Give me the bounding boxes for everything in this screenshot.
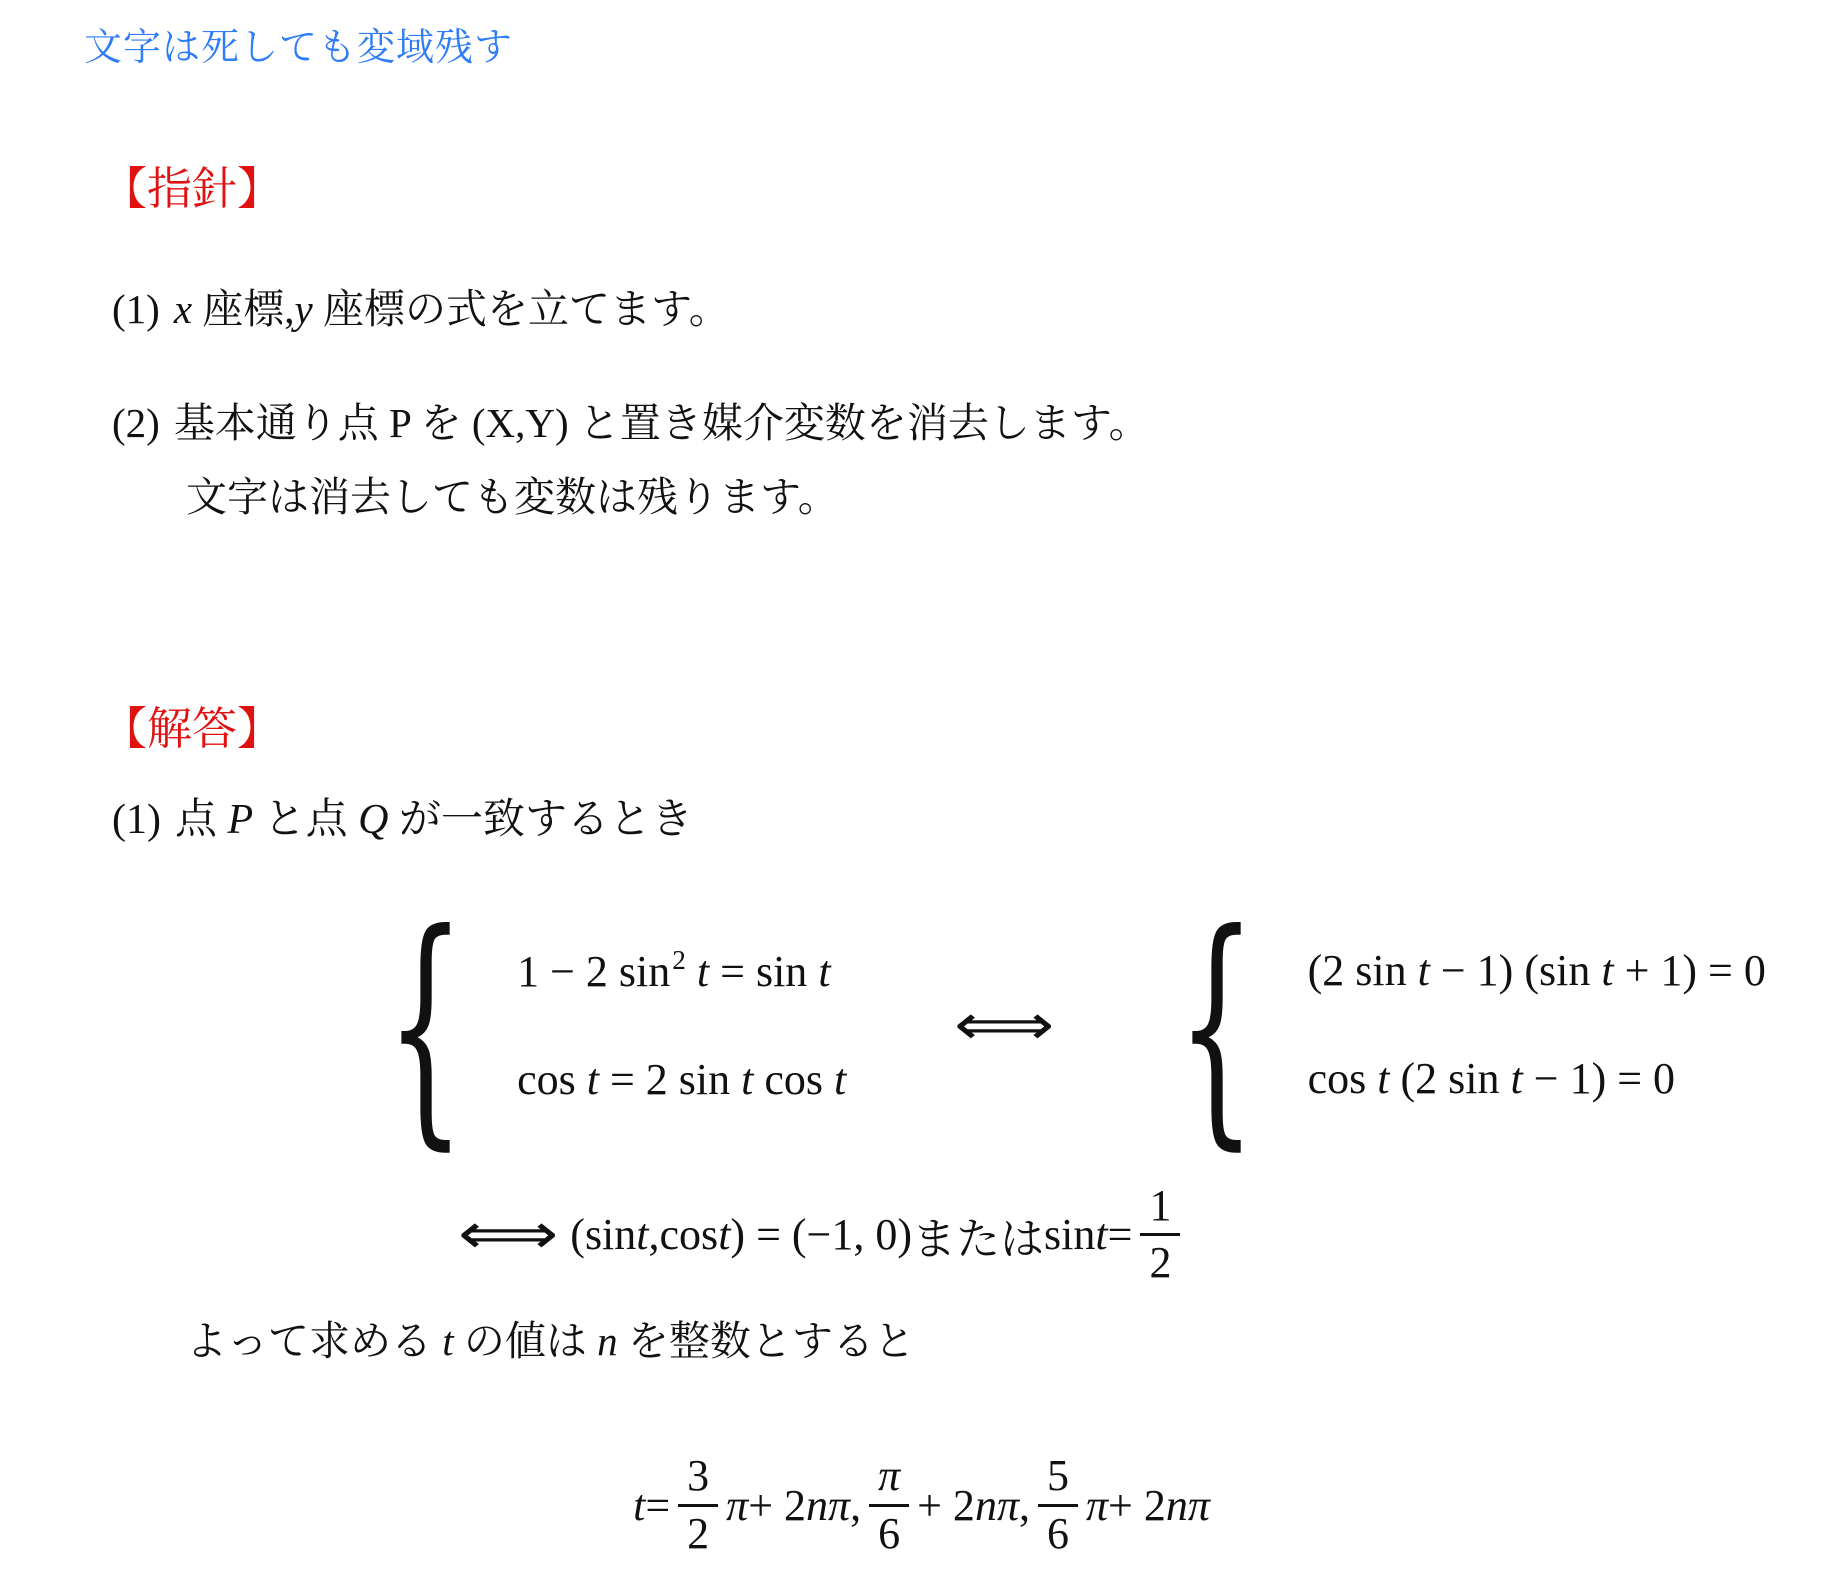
math-text: 1 − 2 bbox=[517, 947, 619, 996]
math-text: = bbox=[1108, 1209, 1133, 1260]
math-fn-sin: sin bbox=[1355, 946, 1406, 995]
equation-line: cos t (2 sin t − 1) = 0 bbox=[1308, 1053, 1766, 1106]
fraction-numerator: 1 bbox=[1140, 1183, 1180, 1236]
fraction-denominator: 2 bbox=[678, 1507, 718, 1557]
item-text: よって求める bbox=[186, 1318, 442, 1364]
math-n-pi: nπ bbox=[806, 1480, 850, 1531]
equation-system-row: { 1 − 2 sin2 t = sin t cos t = 2 sin t c… bbox=[346, 908, 1766, 1143]
item-text: が一致するとき bbox=[389, 797, 694, 843]
item-text: 点 bbox=[175, 797, 228, 843]
guideline-item-2: (2)基本通り点 P を (X,Y) と置き媒介変数を消去します。 bbox=[112, 390, 1150, 449]
math-var-t: t bbox=[730, 1055, 764, 1104]
math-fn-cos: cos bbox=[660, 1209, 719, 1260]
math-var-t: t bbox=[1500, 1054, 1534, 1103]
fraction-three-halves: 32 bbox=[678, 1453, 718, 1556]
item-number: (1) bbox=[112, 286, 160, 332]
math-var-t: t bbox=[1590, 946, 1624, 995]
fraction-denominator: 6 bbox=[1038, 1507, 1078, 1557]
item-text: と点 bbox=[253, 797, 358, 843]
guideline-item-1: (1)x 座標,y 座標の式を立てます。 bbox=[112, 276, 730, 335]
math-fn-sin: sin bbox=[585, 1209, 636, 1260]
item-text: 座標の式を立てます。 bbox=[313, 286, 730, 332]
iff-arrow: ⟺ bbox=[954, 993, 1054, 1058]
math-fn-sin: sin bbox=[756, 947, 807, 996]
answer-item-1: (1)点 P と点 Q が一致するとき bbox=[112, 786, 693, 846]
math-var-t: t bbox=[686, 947, 709, 996]
fraction-numerator: 3 bbox=[678, 1453, 718, 1506]
equation-line: cos t = 2 sin t cos t bbox=[517, 1054, 846, 1107]
fraction-denominator: 2 bbox=[1140, 1236, 1180, 1286]
item-number: (1) bbox=[112, 797, 161, 843]
math-var-P: P bbox=[228, 797, 254, 843]
math-fn-sin: sin bbox=[1044, 1209, 1095, 1260]
page-title-link[interactable]: 文字は死しても変域残す bbox=[84, 16, 513, 71]
math-var-y: y bbox=[295, 286, 313, 332]
math-pi: π bbox=[726, 1480, 748, 1531]
math-fn-sin: sin bbox=[1448, 1054, 1499, 1103]
left-brace: { bbox=[386, 908, 466, 1143]
math-comma: , bbox=[850, 1480, 861, 1531]
fraction-denominator: 6 bbox=[869, 1507, 909, 1557]
equation-line: 1 − 2 sin2 t = sin t bbox=[517, 944, 846, 999]
math-text: = bbox=[645, 1480, 670, 1531]
math-fn-sin: sin bbox=[1539, 946, 1590, 995]
math-fn-cos: cos bbox=[517, 1055, 576, 1104]
math-text: − 1) ( bbox=[1441, 946, 1539, 995]
math-text: = bbox=[709, 947, 756, 996]
fraction-one-half: 12 bbox=[1140, 1183, 1180, 1286]
equation-line: (2 sin t − 1) (sin t + 1) = 0 bbox=[1308, 945, 1766, 998]
math-n-pi: nπ bbox=[1166, 1480, 1210, 1531]
math-text: + 2 bbox=[1108, 1480, 1166, 1531]
math-pi: π bbox=[1086, 1480, 1108, 1531]
math-var-t: t bbox=[1366, 1054, 1400, 1103]
math-comma: , bbox=[1019, 1480, 1030, 1531]
math-var-t: t bbox=[823, 1055, 846, 1104]
math-text: − 1) = 0 bbox=[1534, 1054, 1675, 1103]
answer-heading: 【解答】 bbox=[102, 692, 282, 757]
system-left: { 1 − 2 sin2 t = sin t cos t = 2 sin t c… bbox=[346, 908, 846, 1143]
final-answer-line: t = 32π + 2nπ ,π6+ 2nπ ,56π + 2nπ bbox=[0, 1420, 1843, 1587]
item-text: の値は bbox=[454, 1318, 598, 1364]
system-right: { (2 sin t − 1) (sin t + 1) = 0 cos t (2… bbox=[1137, 908, 1766, 1143]
math-text: = 2 bbox=[599, 1055, 679, 1104]
math-text: + 1) = 0 bbox=[1625, 946, 1766, 995]
document-page: 文字は死しても変域残す 【指針】 (1)x 座標,y 座標の式を立てます。 (2… bbox=[0, 0, 1843, 1587]
math-var-t: t bbox=[1095, 1209, 1107, 1260]
math-fn-cos: cos bbox=[1308, 1054, 1367, 1103]
item-text: を整数とすると bbox=[618, 1318, 915, 1364]
math-superscript: 2 bbox=[672, 945, 686, 975]
item-number: (2) bbox=[112, 400, 160, 446]
japanese-or-text: または bbox=[912, 1203, 1044, 1267]
guideline-item-2-continuation: 文字は消去しても変数は残ります。 bbox=[186, 464, 839, 523]
math-fn-cos: cos bbox=[764, 1055, 823, 1104]
math-var-t: t bbox=[807, 947, 830, 996]
math-var-t: t bbox=[636, 1209, 648, 1260]
math-text: ) = (−1, 0) bbox=[730, 1209, 912, 1260]
item-text: 座標, bbox=[192, 286, 295, 332]
math-text: , bbox=[649, 1209, 660, 1260]
math-fn-sin: sin bbox=[619, 947, 670, 996]
system-right-lines: (2 sin t − 1) (sin t + 1) = 0 cos t (2 s… bbox=[1308, 945, 1766, 1106]
fraction-numerator: 5 bbox=[1038, 1453, 1078, 1506]
fraction-pi-sixths: π6 bbox=[869, 1453, 909, 1556]
math-text: (2 bbox=[1401, 1054, 1449, 1103]
fraction-five-sixths: 56 bbox=[1038, 1453, 1078, 1556]
fraction-numerator: π bbox=[869, 1453, 909, 1506]
math-n-pi: nπ bbox=[975, 1480, 1019, 1531]
system-left-lines: 1 − 2 sin2 t = sin t cos t = 2 sin t cos… bbox=[517, 944, 846, 1107]
item-text: 基本通り点 P を (X,Y) と置き媒介変数を消去します。 bbox=[174, 400, 1150, 446]
guideline-heading: 【指針】 bbox=[102, 152, 282, 217]
math-var-t: t bbox=[442, 1318, 453, 1364]
iff-arrow: ⟺ bbox=[458, 1202, 558, 1267]
math-text: + 2 bbox=[917, 1480, 975, 1531]
math-var-t: t bbox=[576, 1055, 599, 1104]
math-var-t: t bbox=[1407, 946, 1441, 995]
iff-result-line: ⟺(sin t, cos t) = (−1, 0) または sin t = 12 bbox=[468, 1162, 1188, 1307]
math-var-Q: Q bbox=[358, 797, 388, 843]
math-var-x: x bbox=[174, 286, 192, 332]
math-text: + 2 bbox=[748, 1480, 806, 1531]
math-var-n: n bbox=[597, 1318, 618, 1364]
math-var-t: t bbox=[718, 1209, 730, 1260]
math-text: (2 bbox=[1308, 946, 1356, 995]
math-text: ( bbox=[570, 1209, 585, 1260]
math-fn-sin: sin bbox=[679, 1055, 730, 1104]
math-var-t: t bbox=[633, 1480, 645, 1531]
left-brace: { bbox=[1176, 908, 1256, 1143]
solution-note-line: よって求める t の値は n を整数とすると bbox=[186, 1308, 915, 1367]
